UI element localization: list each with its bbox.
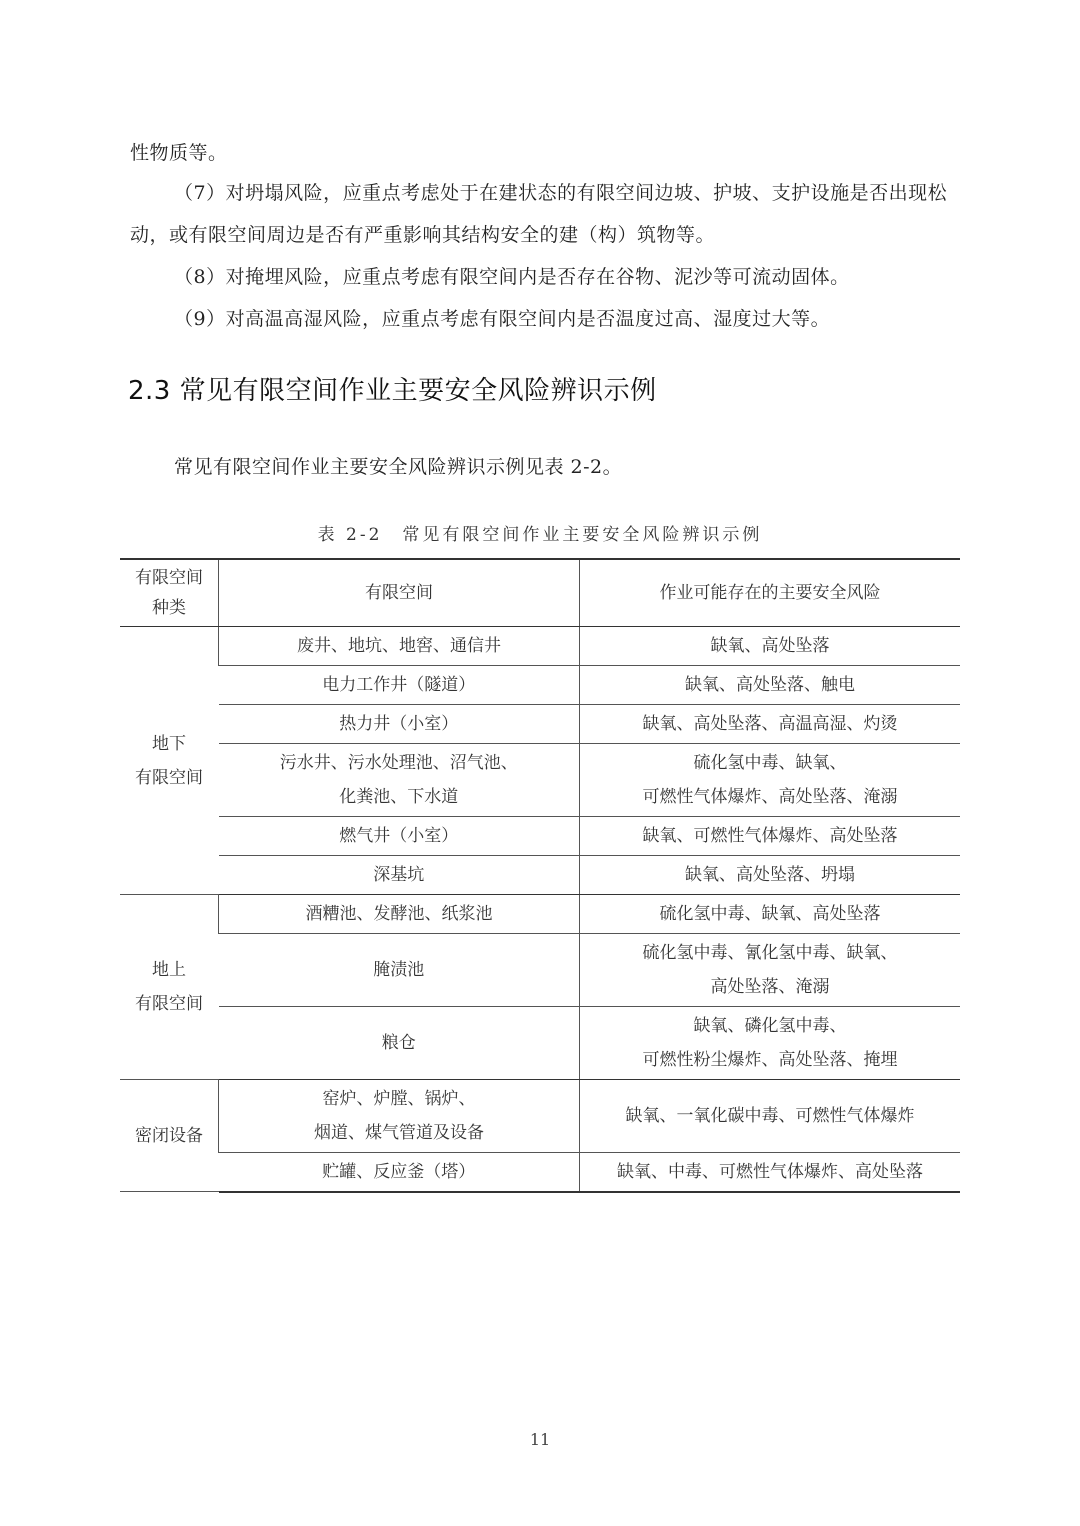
paragraph-item-9: （9）对高温高湿风险，应重点考虑有限空间内是否温度过高、湿度过大等。	[130, 298, 960, 340]
space-line: 污水井、污水处理池、沼气池、	[280, 753, 518, 773]
category-line: 地上	[152, 960, 186, 980]
paragraph-item-7: （7）对坍塌风险，应重点考虑处于在建状态的有限空间边坡、护坡、支护设施是否出现松…	[130, 172, 960, 256]
category-line: 有限空间	[135, 994, 203, 1014]
table-header-row: 有限空间种类 有限空间 作业可能存在的主要安全风险	[120, 559, 960, 627]
risk-cell: 缺氧、中毒、可燃性气体爆炸、高处坠落	[580, 1153, 961, 1192]
table-row: 电力工作井（隧道） 缺氧、高处坠落、触电	[120, 666, 960, 705]
space-cell: 深基坑	[219, 856, 580, 895]
risk-line: 硫化氢中毒、氰化氢中毒、缺氧、	[643, 943, 898, 963]
header-category: 有限空间种类	[120, 559, 219, 627]
table-row: 地下有限空间 废井、地坑、地窖、通信井 缺氧、高处坠落	[120, 627, 960, 666]
table-row: 粮仓 缺氧、磷化氢中毒、可燃性粉尘爆炸、高处坠落、掩埋	[120, 1007, 960, 1080]
risk-line: 可燃性气体爆炸、高处坠落、淹溺	[643, 787, 898, 807]
paragraph-continuation: 性物质等。	[130, 132, 960, 174]
space-cell: 腌渍池	[219, 934, 580, 1007]
table-row: 热力井（小室） 缺氧、高处坠落、高温高湿、灼烫	[120, 705, 960, 744]
risk-cell: 硫化氢中毒、氰化氢中毒、缺氧、高处坠落、淹溺	[580, 934, 961, 1007]
space-line: 烟道、煤气管道及设备	[314, 1123, 484, 1143]
risk-cell: 缺氧、可燃性气体爆炸、高处坠落	[580, 817, 961, 856]
table-caption: 表 2-2 常见有限空间作业主要安全风险辨识示例	[120, 520, 960, 545]
risk-cell: 缺氧、一氧化碳中毒、可燃性气体爆炸	[580, 1080, 961, 1153]
risk-cell: 硫化氢中毒、缺氧、可燃性气体爆炸、高处坠落、淹溺	[580, 744, 961, 817]
header-risk: 作业可能存在的主要安全风险	[580, 559, 961, 627]
space-line: 化粪池、下水道	[339, 787, 458, 807]
risk-line: 高处坠落、淹溺	[711, 977, 830, 997]
paragraph-item-8: （8）对掩埋风险，应重点考虑有限空间内是否存在谷物、泥沙等可流动固体。	[130, 256, 960, 298]
header-category-line: 种类	[152, 598, 186, 618]
risk-table: 有限空间种类 有限空间 作业可能存在的主要安全风险 地下有限空间 废井、地坑、地…	[120, 558, 960, 1193]
space-cell: 粮仓	[219, 1007, 580, 1080]
space-cell: 污水井、污水处理池、沼气池、化粪池、下水道	[219, 744, 580, 817]
risk-line: 缺氧、磷化氢中毒、	[694, 1016, 847, 1036]
table-row: 污水井、污水处理池、沼气池、化粪池、下水道 硫化氢中毒、缺氧、可燃性气体爆炸、高…	[120, 744, 960, 817]
risk-cell: 缺氧、高处坠落、高温高湿、灼烫	[580, 705, 961, 744]
risk-cell: 缺氧、高处坠落、触电	[580, 666, 961, 705]
risk-cell: 硫化氢中毒、缺氧、高处坠落	[580, 895, 961, 934]
table-row: 密闭设备 窑炉、炉膛、锅炉、烟道、煤气管道及设备 缺氧、一氧化碳中毒、可燃性气体…	[120, 1080, 960, 1153]
table-row: 腌渍池 硫化氢中毒、氰化氢中毒、缺氧、高处坠落、淹溺	[120, 934, 960, 1007]
risk-cell: 缺氧、磷化氢中毒、可燃性粉尘爆炸、高处坠落、掩埋	[580, 1007, 961, 1080]
risk-cell: 缺氧、高处坠落	[580, 627, 961, 666]
space-cell: 废井、地坑、地窖、通信井	[219, 627, 580, 666]
category-line: 地下	[152, 734, 186, 754]
category-cell: 地下有限空间	[120, 627, 219, 895]
space-line: 窑炉、炉膛、锅炉、	[323, 1089, 476, 1109]
section-heading: 2.3 常见有限空间作业主要安全风险辨识示例	[128, 370, 657, 407]
category-cell: 密闭设备	[120, 1080, 219, 1192]
table-row: 地上有限空间 酒糟池、发酵池、纸浆池 硫化氢中毒、缺氧、高处坠落	[120, 895, 960, 934]
risk-cell: 缺氧、高处坠落、坍塌	[580, 856, 961, 895]
category-line: 有限空间	[135, 768, 203, 788]
space-cell: 贮罐、反应釜（塔）	[219, 1153, 580, 1192]
table-row: 深基坑 缺氧、高处坠落、坍塌	[120, 856, 960, 895]
space-cell: 燃气井（小室）	[219, 817, 580, 856]
risk-line: 可燃性粉尘爆炸、高处坠落、掩埋	[643, 1050, 898, 1070]
section-intro: 常见有限空间作业主要安全风险辨识示例见表 2-2。	[130, 446, 960, 488]
table-row: 燃气井（小室） 缺氧、可燃性气体爆炸、高处坠落	[120, 817, 960, 856]
header-category-line: 有限空间	[135, 568, 203, 588]
category-cell: 地上有限空间	[120, 895, 219, 1080]
space-cell: 电力工作井（隧道）	[219, 666, 580, 705]
page-number: 11	[0, 1430, 1080, 1449]
space-cell: 酒糟池、发酵池、纸浆池	[219, 895, 580, 934]
header-space: 有限空间	[219, 559, 580, 627]
table-row: 贮罐、反应釜（塔） 缺氧、中毒、可燃性气体爆炸、高处坠落	[120, 1153, 960, 1192]
space-cell: 窑炉、炉膛、锅炉、烟道、煤气管道及设备	[219, 1080, 580, 1153]
space-cell: 热力井（小室）	[219, 705, 580, 744]
risk-line: 硫化氢中毒、缺氧、	[694, 753, 847, 773]
